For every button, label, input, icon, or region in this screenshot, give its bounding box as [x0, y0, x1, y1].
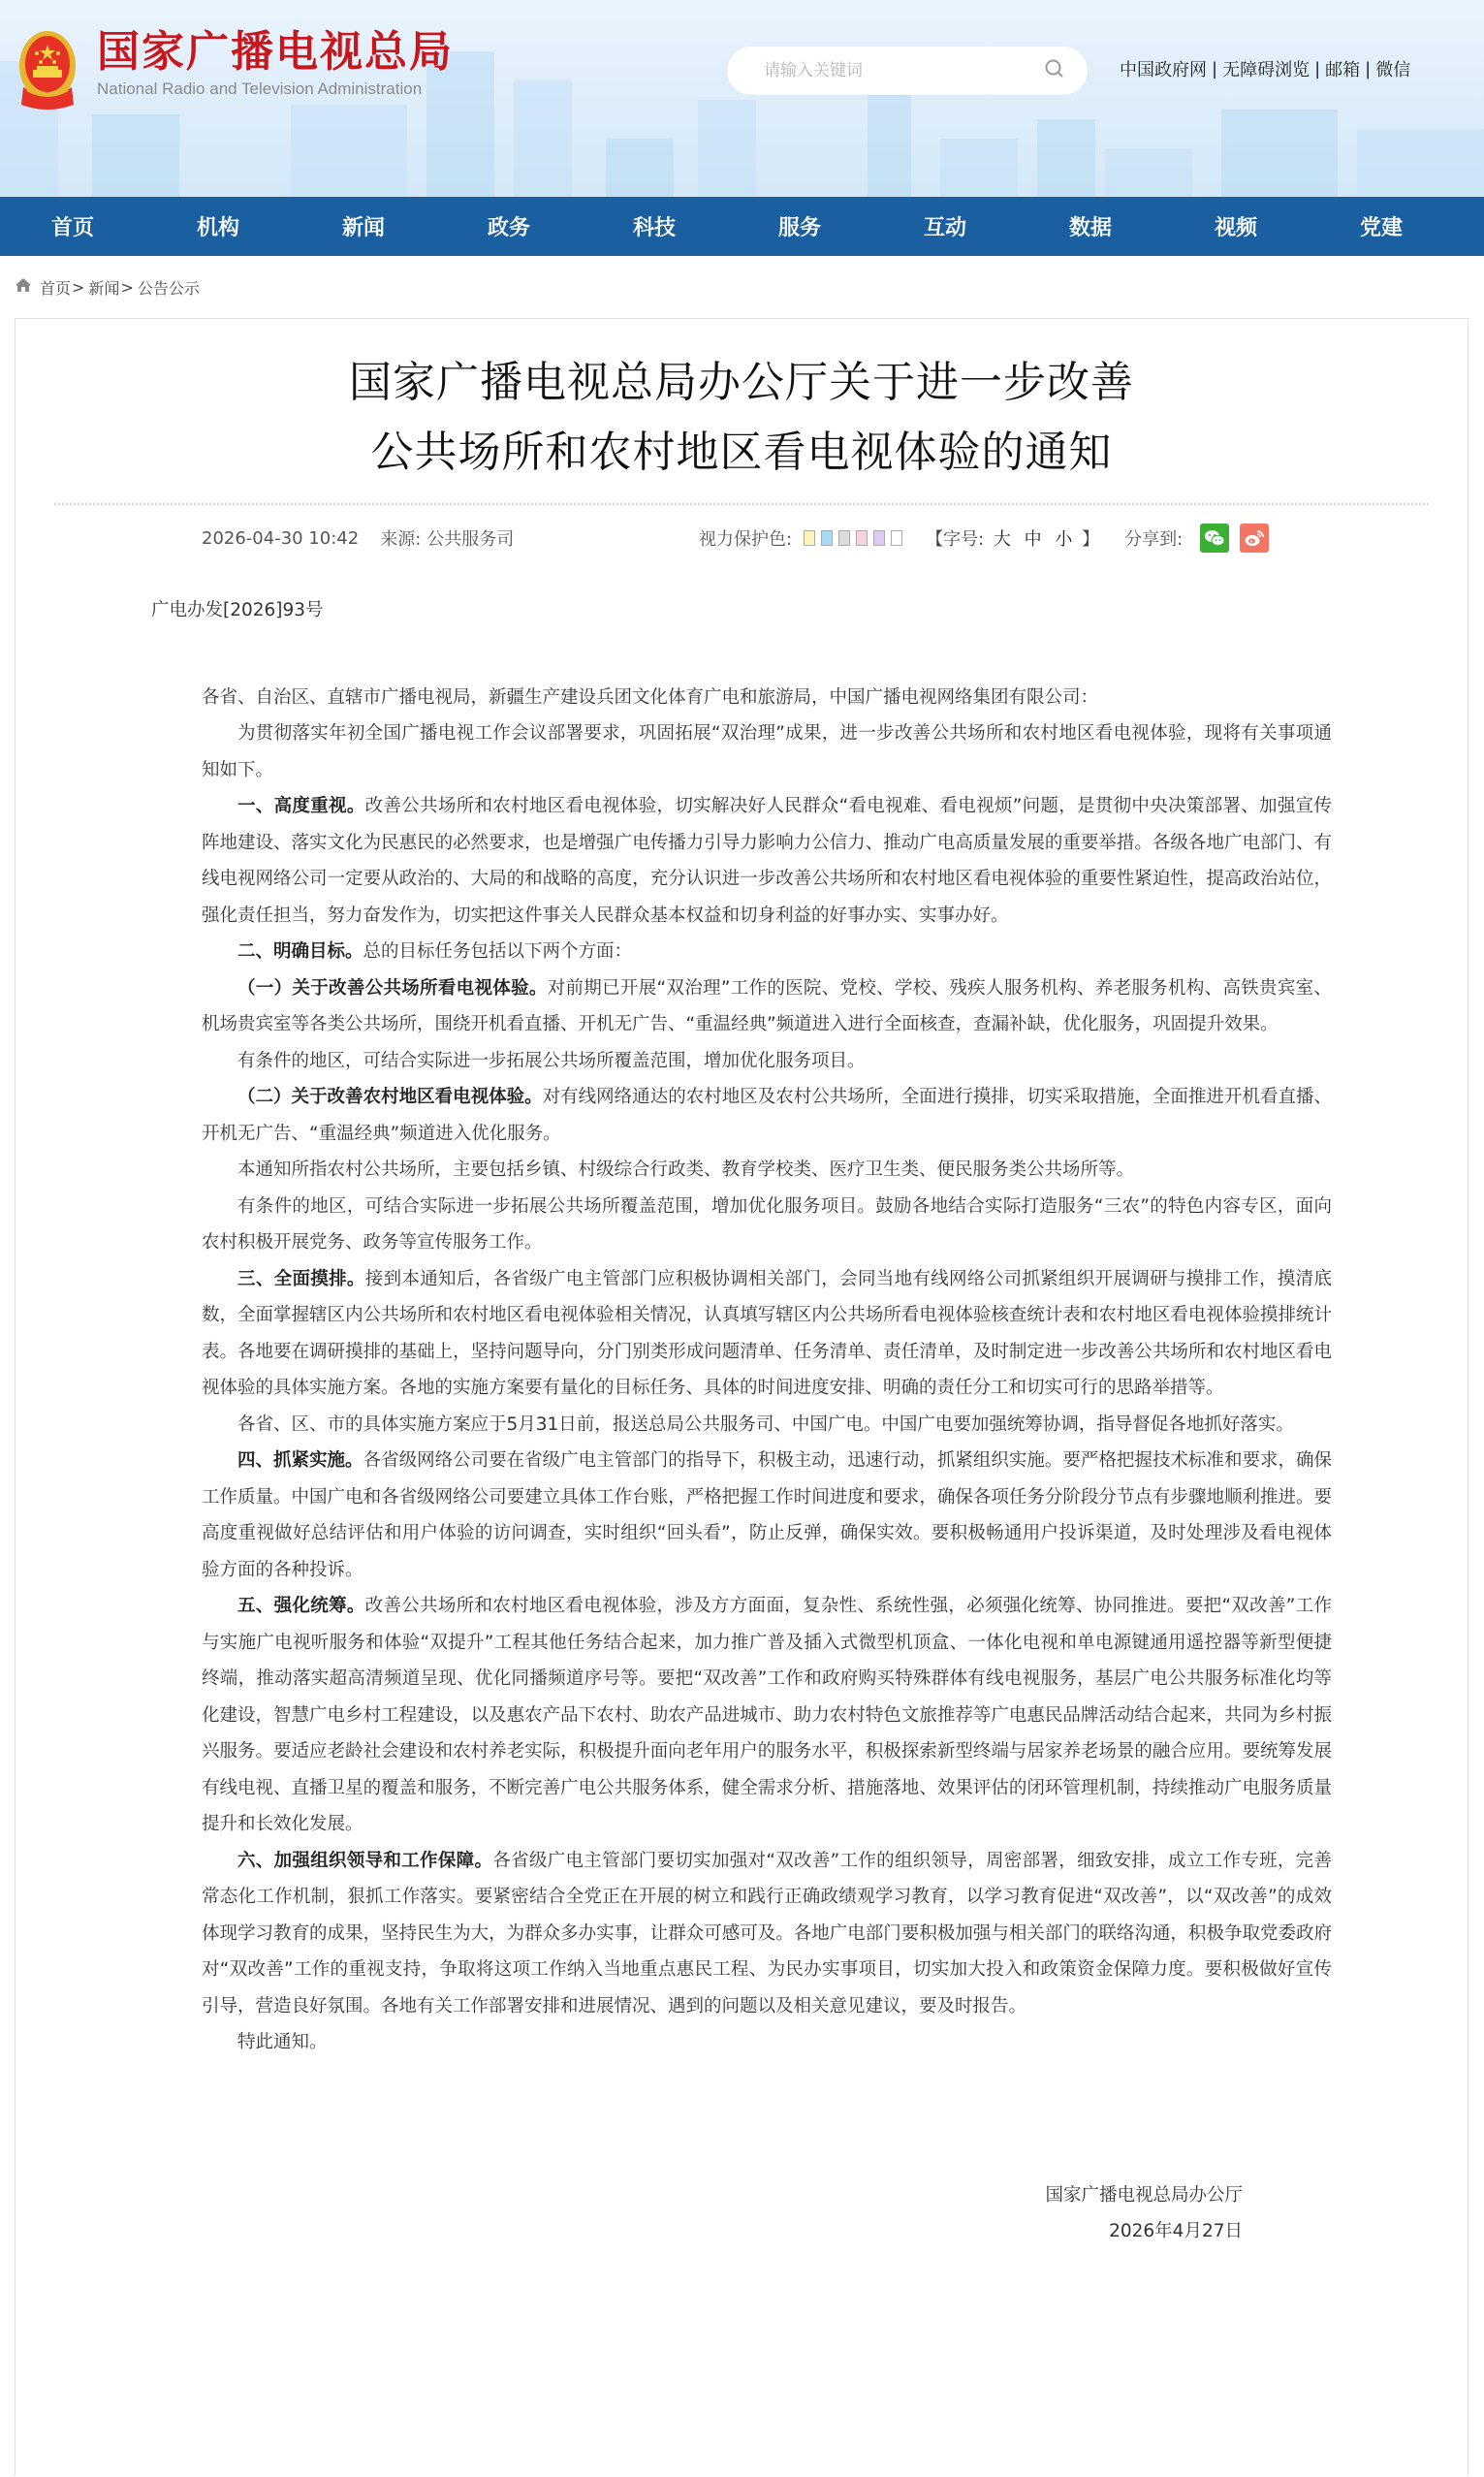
section-paragraph: 本通知所指农村公共场所，主要包括乡镇、村级综合行政类、教育学校类、医疗卫生类、便… [202, 1152, 1332, 1189]
nav-item-technology[interactable]: 科技 [582, 211, 727, 241]
breadcrumb-separator: > [120, 278, 133, 297]
source-label: 来源: [380, 525, 421, 551]
breadcrumb-home[interactable]: 首页 [40, 276, 71, 299]
section-paragraph: 六、加强组织领导和工作保障。各省级广电主管部门要切实加强对“双改善”工作的组织领… [202, 1843, 1332, 2025]
section-text: 各省、区、市的具体实施方案应于5月31日前，报送总局公共服务司、中国广电。中国广… [237, 1414, 1294, 1435]
section-paragraph: 有条件的地区，可结合实际进一步拓展公共场所覆盖范围，增加优化服务项目。鼓励各地结… [202, 1189, 1332, 1261]
article-container: 国家广播电视总局办公厅关于进一步改善 公共场所和农村地区看电视体验的通知 202… [15, 318, 1468, 2476]
article-title-line-2: 公共场所和农村地区看电视体验的通知 [16, 418, 1468, 488]
share-label: 分享到: [1124, 525, 1183, 551]
eye-care-swatch-gray[interactable] [838, 530, 850, 546]
search-input[interactable] [764, 61, 1043, 80]
logo-title-cn: 国家广播电视总局 [97, 27, 454, 78]
font-size-label: 【字号: [926, 529, 984, 550]
link-wechat[interactable]: 微信 [1375, 56, 1410, 81]
document-number: 广电办发[2026]93号 [151, 592, 1332, 629]
section-text: 有条件的地区，可结合实际进一步拓展公共场所覆盖范围，增加优化服务项目。 [237, 1051, 866, 1071]
section-paragraph: 各省、区、市的具体实施方案应于5月31日前，报送总局公共服务司、中国广电。中国广… [202, 1407, 1332, 1444]
nav-item-services[interactable]: 服务 [727, 211, 872, 241]
eye-care-swatch-yellow[interactable] [804, 530, 815, 546]
search-icon[interactable] [1043, 57, 1066, 84]
section-paragraph: 有条件的地区，可结合实际进一步拓展公共场所覆盖范围，增加优化服务项目。 [202, 1043, 1332, 1080]
signature-block: 国家广播电视总局办公厅 2026年4月27日 [202, 2177, 1332, 2250]
section-text: 各省级网络公司要在省级广电主管部门的指导下，积极主动，迅速行动，抓紧组织实施。要… [202, 1450, 1332, 1580]
article-body: 广电办发[2026]93号 各省、自治区、直辖市广播电视局，新疆生产建设兵团文化… [16, 592, 1468, 2250]
site-logo[interactable]: 国家广播电视总局 National Radio and Television A… [17, 27, 454, 112]
breadcrumb: 首页 > 新闻 > 公告公示 [0, 256, 1484, 318]
separator: | [1365, 59, 1371, 79]
top-links: 中国政府网 | 无障碍浏览 | 邮箱 | 微信 [1120, 56, 1410, 81]
section-heading: （一）关于改善公共场所看电视体验。 [237, 978, 548, 999]
font-size-medium[interactable]: 中 [1025, 529, 1042, 550]
signature-organization: 国家广播电视总局办公厅 [202, 2177, 1243, 2214]
search-box [727, 47, 1088, 95]
section-heading: 二、明确目标。 [237, 941, 363, 962]
publish-date: 2026-04-30 10:42 [202, 528, 359, 549]
section-paragraph: （一）关于改善公共场所看电视体验。对前期已开展“双治理”工作的医院、党校、学校、… [202, 970, 1332, 1043]
section-text: 特此通知。 [237, 2032, 328, 2052]
font-size-control: 【字号: 大 中 小 】 [926, 525, 1099, 551]
article-meta: 2026-04-30 10:42 来源: 公共服务司 视力保护色: 【字号: 大… [16, 505, 1468, 571]
share-wechat-button[interactable] [1200, 524, 1229, 553]
section-text: 有条件的地区，可结合实际进一步拓展公共场所覆盖范围，增加优化服务项目。鼓励各地结… [202, 1196, 1332, 1254]
wechat-icon [1204, 528, 1225, 548]
section-text: 改善公共场所和农村地区看电视体验，涉及方方面面，复杂性、系统性强，必须强化统筹、… [202, 1596, 1332, 1834]
section-paragraph: 四、抓紧实施。各省级网络公司要在省级广电主管部门的指导下，积极主动，迅速行动，抓… [202, 1443, 1332, 1588]
font-size-large[interactable]: 大 [994, 529, 1011, 550]
breadcrumb-separator: > [72, 278, 84, 297]
logo-title-en: National Radio and Television Administra… [97, 79, 454, 99]
section-paragraph: 一、高度重视。改善公共场所和农村地区看电视体验，切实解决好人民群众“看电视难、看… [202, 788, 1332, 934]
section-heading: 五、强化统筹。 [237, 1596, 365, 1616]
section-text: 改善公共场所和农村地区看电视体验，切实解决好人民群众“看电视难、看电视烦”问题，… [202, 796, 1332, 926]
eye-care-swatch-purple[interactable] [873, 530, 885, 546]
section-heading: 一、高度重视。 [237, 796, 365, 816]
home-icon [15, 276, 40, 298]
source-value: 公共服务司 [426, 525, 514, 551]
share-weibo-button[interactable] [1240, 524, 1269, 553]
section-text: 总的目标任务包括以下两个方面： [363, 941, 633, 962]
nav-item-video[interactable]: 视频 [1163, 211, 1309, 241]
link-accessibility[interactable]: 无障碍浏览 [1222, 56, 1310, 81]
nav-item-home[interactable]: 首页 [0, 211, 145, 241]
article-title: 国家广播电视总局办公厅关于进一步改善 公共场所和农村地区看电视体验的通知 [16, 319, 1468, 488]
section-heading: 四、抓紧实施。 [237, 1450, 363, 1471]
separator: | [1314, 59, 1320, 79]
recipients: 各省、自治区、直辖市广播电视局，新疆生产建设兵团文化体育广电和旅游局，中国广播电… [202, 680, 1332, 716]
signature-date: 2026年4月27日 [202, 2213, 1243, 2250]
breadcrumb-news[interactable]: 新闻 [88, 276, 119, 299]
link-gov-cn[interactable]: 中国政府网 [1120, 56, 1207, 81]
eye-care-swatch-white[interactable] [891, 530, 902, 546]
section-paragraph: （二）关于改善农村地区看电视体验。对有线网络通达的农村地区及农村公共场所，全面进… [202, 1079, 1332, 1152]
section-paragraph: 五、强化统筹。改善公共场所和农村地区看电视体验，涉及方方面面，复杂性、系统性强，… [202, 1588, 1332, 1843]
nav-item-government-affairs[interactable]: 政务 [436, 211, 582, 241]
section-text: 各省级广电主管部门要切实加强对“双改善”工作的组织领导，周密部署，细致安排，成立… [202, 1851, 1332, 2017]
intro-paragraph: 为贯彻落实年初全国广播电视工作会议部署要求，巩固拓展“双治理”成果，进一步改善公… [202, 715, 1332, 788]
section-paragraph: 三、全面摸排。接到本通知后，各省级广电主管部门应积极协调相关部门，会同当地有线网… [202, 1261, 1332, 1407]
nav-item-data[interactable]: 数据 [1018, 211, 1163, 241]
nav-item-interaction[interactable]: 互动 [872, 211, 1018, 241]
nav-item-party-building[interactable]: 党建 [1309, 211, 1454, 241]
separator: | [1212, 59, 1217, 79]
section-heading: （二）关于改善农村地区看电视体验。 [237, 1087, 543, 1107]
font-size-small[interactable]: 小 [1055, 529, 1072, 550]
meta-tools: 视力保护色: 【字号: 大 中 小 】 分享到: [699, 524, 1279, 553]
section-text: 接到本通知后，各省级广电主管部门应积极协调相关部门，会同当地有线网络公司抓紧组织… [202, 1269, 1332, 1399]
main-nav: 首页 机构 新闻 政务 科技 服务 互动 数据 视频 党建 [0, 197, 1484, 256]
nav-item-organization[interactable]: 机构 [145, 211, 291, 241]
section-heading: 六、加强组织领导和工作保障。 [237, 1851, 492, 1871]
nav-item-news[interactable]: 新闻 [291, 211, 436, 241]
weibo-icon [1244, 528, 1265, 548]
section-paragraph: 二、明确目标。总的目标任务包括以下两个方面： [202, 934, 1332, 970]
national-emblem-icon [17, 27, 78, 112]
site-header: 国家广播电视总局 National Radio and Television A… [0, 0, 1484, 197]
closing-paragraph: 特此通知。 [202, 2024, 1332, 2061]
eye-care-label: 视力保护色: [699, 525, 792, 551]
eye-care-swatch-pink[interactable] [856, 530, 868, 546]
section-text: 本通知所指农村公共场所，主要包括乡镇、村级综合行政类、教育学校类、医疗卫生类、便… [237, 1159, 1134, 1180]
eye-care-swatch-blue[interactable] [821, 530, 833, 546]
link-mailbox[interactable]: 邮箱 [1325, 56, 1360, 81]
font-size-close: 】 [1082, 529, 1099, 550]
section-heading: 三、全面摸排。 [237, 1269, 365, 1289]
breadcrumb-announcements[interactable]: 公告公示 [138, 276, 200, 299]
article-title-line-1: 国家广播电视总局办公厅关于进一步改善 [16, 348, 1468, 418]
